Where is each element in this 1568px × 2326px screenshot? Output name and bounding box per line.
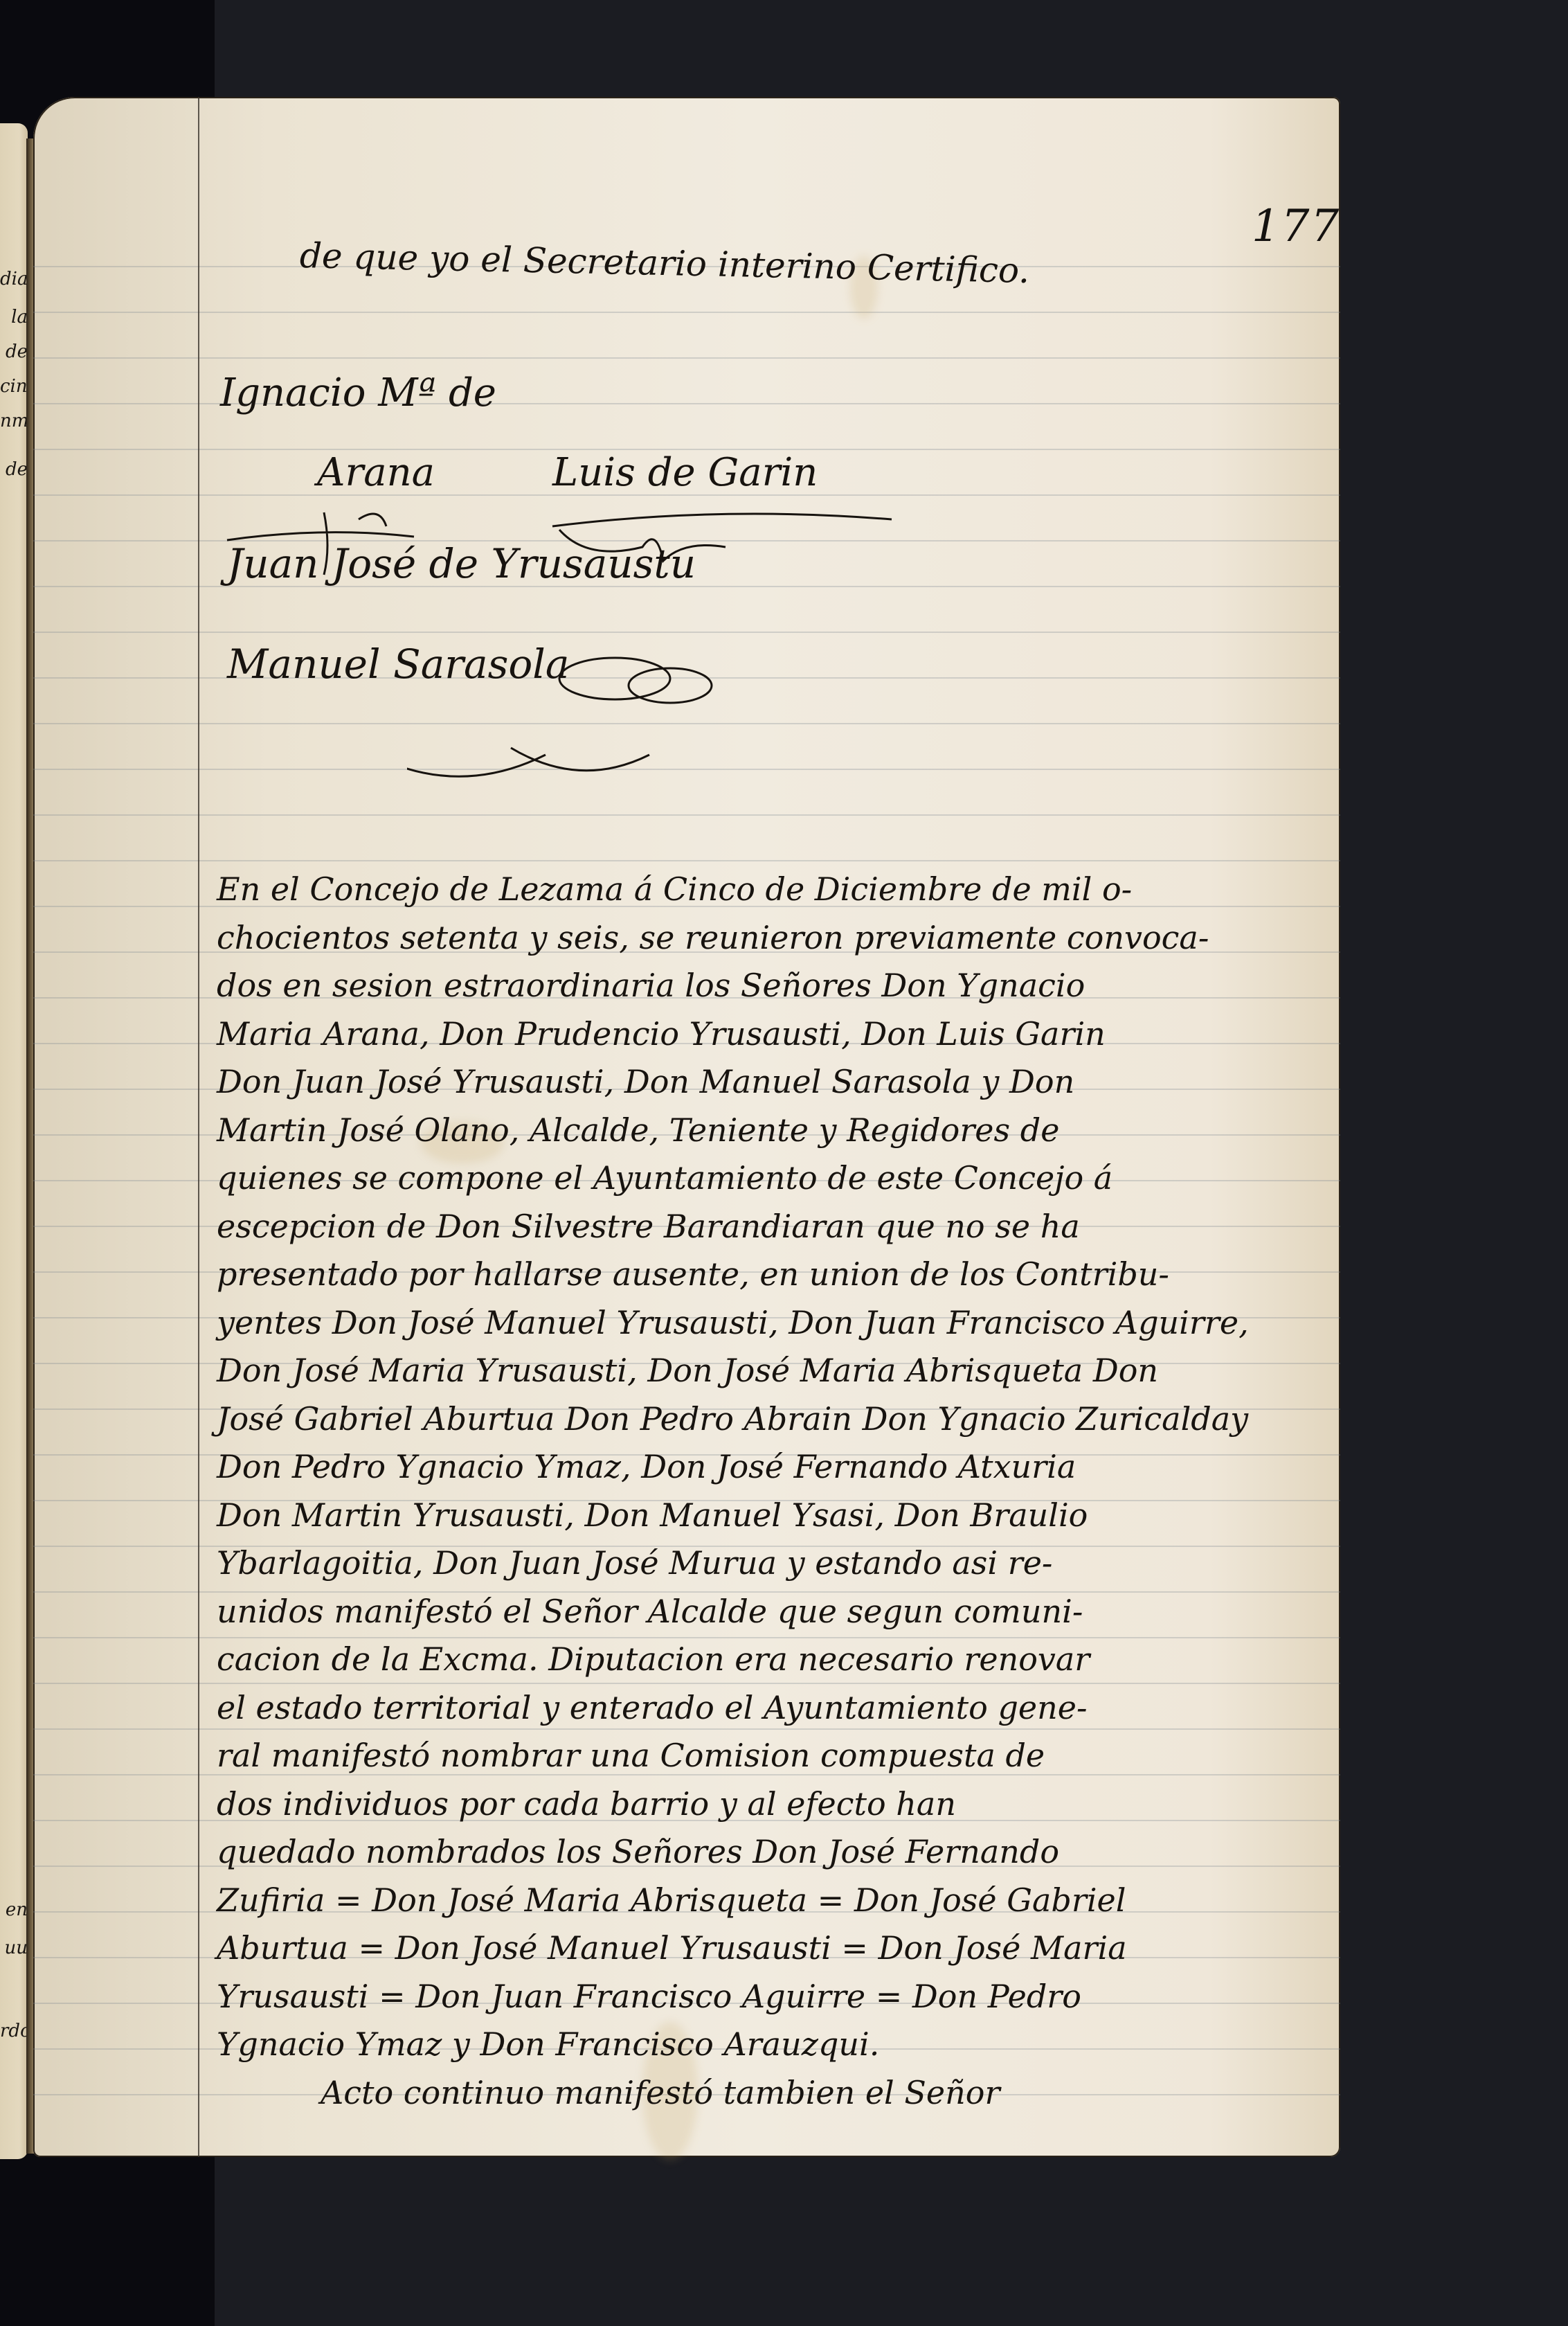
facing-page-fragment: dia [0,269,28,289]
body-line: el estado territorial y enterado el Ayun… [217,1684,1324,1733]
body-line: Zufiria = Don José Maria Abrisqueta = Do… [217,1877,1324,1925]
body-line: Aburtua = Don José Manuel Yrusausti = Do… [217,1924,1324,1973]
facing-page-fragment: rdos [0,2021,28,2041]
certification-line: de que yo el Secretario interino Certifi… [299,235,1029,291]
body-line: quedado nombrados los Señores Don José F… [217,1828,1324,1877]
body-line: dos en sesion estraordinaria los Señores… [217,962,1324,1010]
body-line: José Gabriel Aburtua Don Pedro Abrain Do… [217,1395,1324,1444]
minutes-body: En el Concejo de Lezama á Cinco de Dicie… [217,866,1324,2117]
body-line: Ybarlagoitia, Don Juan José Murua y esta… [217,1539,1324,1588]
body-line: Don José Maria Yrusausti, Don José Maria… [217,1347,1324,1395]
signature-arana: Arana [317,450,435,495]
body-line: presentado por hallarse ausente, en unio… [217,1251,1324,1299]
facing-page-fragment: la [0,307,28,328]
body-line: yentes Don José Manuel Yrusausti, Don Ju… [217,1299,1324,1348]
body-line: Don Juan José Yrusausti, Don Manuel Sara… [217,1058,1324,1107]
body-line: ral manifestó nombrar una Comision compu… [217,1732,1324,1780]
body-line: escepcion de Don Silvestre Barandiaran q… [217,1203,1324,1251]
facing-page-fragment: nmaz [0,411,28,431]
body-line: Don Pedro Ygnacio Ymaz, Don José Fernand… [217,1443,1324,1492]
signature-ignacio: Ignacio Mª de [220,370,496,415]
facing-page-fragment: en [0,1899,28,1920]
body-line: Martin José Olano, Alcalde, Teniente y R… [217,1107,1324,1155]
body-line: Ygnacio Ymaz y Don Francisco Arauzqui. [217,2021,1324,2069]
facing-page-edge: dia la de cinc nmaz de en uu rdos [0,123,28,2159]
facing-page-fragment: uu [0,1938,28,1958]
signature-yrusausti: Juan José de Yrusaustu [227,540,696,587]
signature-garin: Luis de Garin [552,450,818,495]
margin-rule [198,97,199,2157]
body-line: quienes se compone el Ayuntamiento de es… [217,1154,1324,1203]
body-line: unidos manifestó el Señor Alcalde que se… [217,1588,1324,1636]
signature-flourish-icon [407,651,739,810]
body-line: chocientos setenta y seis, se reunieron … [217,914,1324,963]
body-line: Don Martin Yrusausti, Don Manuel Ysasi, … [217,1492,1324,1540]
body-line: cacion de la Excma. Diputacion era neces… [217,1636,1324,1684]
body-line: Acto continuo manifestó tambien el Señor [217,2069,1324,2118]
body-line: dos individuos por cada barrio y al efec… [217,1780,1324,1829]
folio-number: 177 [1252,201,1340,252]
body-line: En el Concejo de Lezama á Cinco de Dicie… [217,866,1324,914]
body-line: Maria Arana, Don Prudencio Yrusausti, Do… [217,1010,1324,1059]
facing-page-fragment: de [0,459,28,480]
facing-page-fragment: cinc [0,376,28,397]
facing-page-fragment: de [0,341,28,362]
body-line: Yrusausti = Don Juan Francisco Aguirre =… [217,1973,1324,2021]
ledger-page: 177 de que yo el Secretario interino Cer… [33,97,1340,2157]
